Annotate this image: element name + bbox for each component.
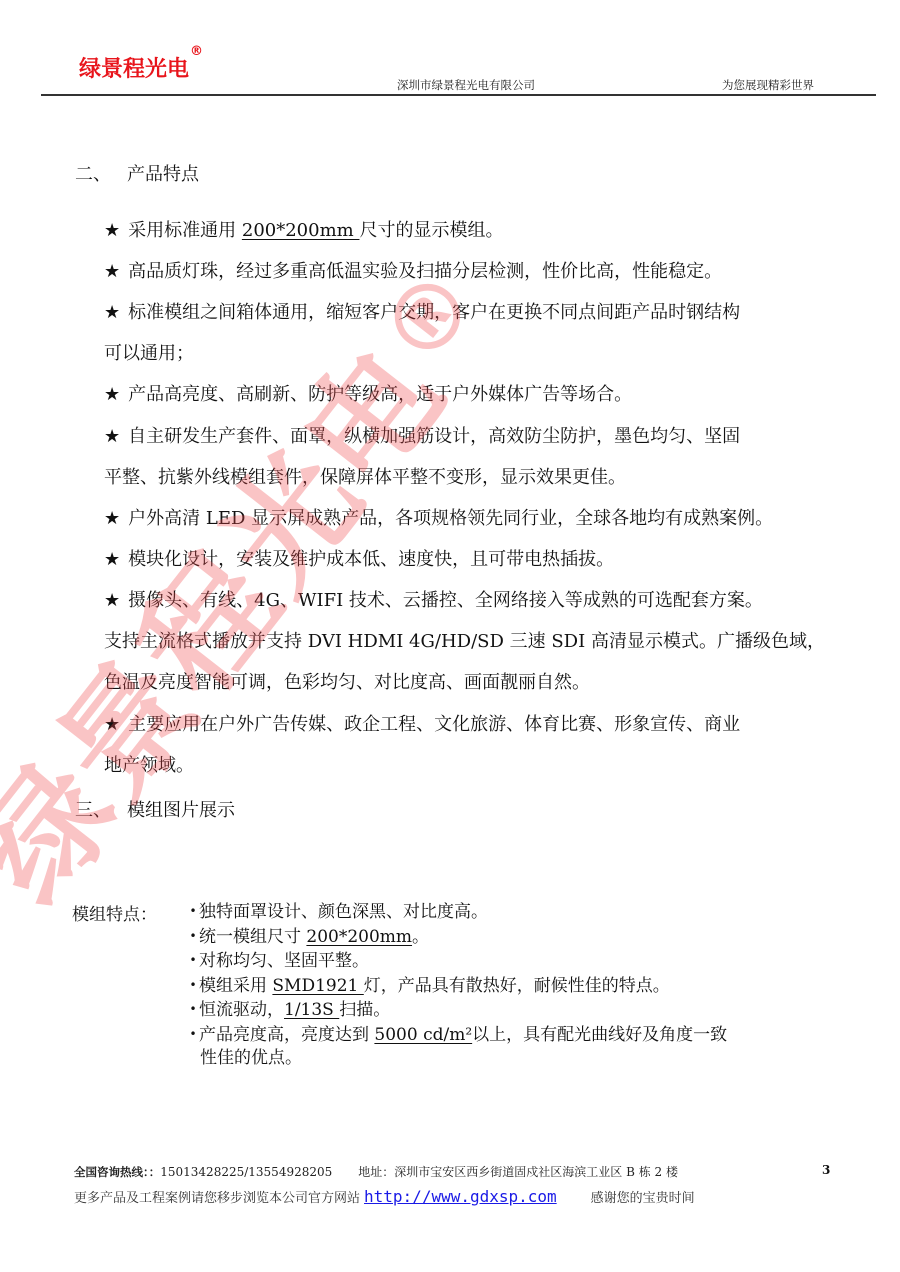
- module-feature-text: 恒流驱动，: [199, 1000, 284, 1020]
- star-icon: ★: [104, 426, 120, 447]
- feature-text: 产品高亮度、高刷新、防护等级高，适于户外媒体广告等场合。: [128, 384, 632, 405]
- feature-item: ★主要应用在户外广告传媒、政企工程、文化旅游、体育比赛、形象宣传、商业: [104, 704, 740, 745]
- module-feature-item: •模组采用 SMD1921 灯，产品具有散热好，耐候性佳的特点。: [187, 974, 727, 999]
- module-feature-text: 独特面罩设计、颜色深黑、对比度高。: [199, 902, 488, 922]
- module-feature-item: •独特面罩设计、颜色深黑、对比度高。: [187, 900, 727, 925]
- module-feature-text: 统一模组尺寸: [199, 927, 306, 947]
- feature-item-continuation: 可以通用；: [104, 333, 194, 374]
- feature-item: ★模块化设计，安装及维护成本低、速度快，且可带电热插拔。: [104, 539, 614, 580]
- feature-text: 自主研发生产套件、面罩，纵横加强筋设计，高效防尘防护，墨色均匀、坚固: [128, 426, 740, 447]
- feature-text: 采用标准通用: [128, 220, 242, 241]
- module-feature-text: 。: [412, 927, 429, 947]
- feature-item: ★采用标准通用 200*200mm 尺寸的显示模组。: [104, 210, 503, 251]
- feature-text: 尺寸的显示模组。: [359, 220, 503, 241]
- website-link[interactable]: http://www.gdxsp.com: [364, 1187, 557, 1206]
- registered-mark-icon: ®: [190, 44, 203, 59]
- module-feature-continuation: 性佳的优点。: [187, 1047, 727, 1071]
- star-icon: ★: [104, 508, 120, 529]
- bullet-icon: •: [187, 949, 199, 973]
- feature-underlined-text: 200*200mm: [242, 220, 360, 241]
- star-icon: ★: [104, 384, 120, 405]
- feature-item-continuation: 地产领域。: [104, 745, 194, 786]
- feature-item-continuation: 平整、抗紫外线模组套件，保障屏体平整不变形，显示效果更佳。: [104, 457, 626, 498]
- header-company-name: 深圳市绿景程光电有限公司: [397, 77, 535, 93]
- feature-text: 摄像头、有线、4G、WIFI 技术、云播控、全网络接入等成熟的可选配套方案。: [128, 590, 763, 611]
- module-feature-item: •产品亮度高，亮度达到 5000 cd/m²以上，具有配光曲线好及角度一致: [187, 1023, 727, 1048]
- bullet-icon: •: [187, 925, 199, 949]
- star-icon: ★: [104, 261, 120, 282]
- star-icon: ★: [104, 302, 120, 323]
- star-icon: ★: [104, 220, 120, 241]
- star-icon: ★: [104, 549, 120, 570]
- feature-text: 高品质灯珠，经过多重高低温实验及扫描分层检测，性价比高，性能稳定。: [128, 261, 722, 282]
- section-title-text: 产品特点: [127, 164, 199, 185]
- module-features-list: •独特面罩设计、颜色深黑、对比度高。 •统一模组尺寸 200*200mm。 •对…: [187, 900, 727, 1071]
- feature-text: 主要应用在户外广告传媒、政企工程、文化旅游、体育比赛、形象宣传、商业: [128, 714, 740, 735]
- section-title-features: 二、产品特点: [75, 160, 199, 186]
- section-number: 三、: [75, 796, 127, 822]
- feature-text: 标准模组之间箱体通用，缩短客户交期，客户在更换不同点间距产品时钢结构: [128, 302, 740, 323]
- footer-contact-line: 全国咨询热线：：15013428225/13554928205地址：深圳市宝安区…: [74, 1163, 678, 1180]
- footer-more-text: 更多产品及工程案例请您移步浏览本公司官方网站: [74, 1191, 360, 1206]
- module-feature-underlined-text: 200*200mm: [306, 927, 412, 947]
- hotline-number: 15013428225/13554928205: [160, 1165, 332, 1179]
- module-feature-text: 灯，产品具有散热好，耐候性佳的特点。: [364, 976, 670, 996]
- module-feature-item: •恒流驱动，1/13S 扫描。: [187, 998, 727, 1023]
- footer-thanks: 感谢您的宝贵时间: [591, 1191, 695, 1206]
- module-feature-text: 模组采用: [199, 976, 272, 996]
- section-title-gallery: 三、模组图片展示: [75, 796, 235, 822]
- module-feature-text: 对称均匀、坚固平整。: [199, 951, 369, 971]
- module-feature-text: 产品亮度高，亮度达到: [199, 1025, 374, 1045]
- module-features-label: 模组特点：: [72, 900, 157, 925]
- header-divider: [41, 94, 876, 96]
- feature-item: ★户外高清 LED 显示屏成熟产品，各项规格领先同行业，全球各地均有成熟案例。: [104, 498, 773, 539]
- module-feature-text: 扫描。: [339, 1000, 390, 1020]
- feature-text: 户外高清 LED 显示屏成熟产品，各项规格领先同行业，全球各地均有成熟案例。: [128, 508, 773, 529]
- module-feature-underlined-text: SMD1921: [272, 976, 363, 996]
- footer-address: 地址：深圳市宝安区西乡街道固戍社区海滨工业区 B 栋 2 楼: [358, 1165, 678, 1179]
- module-feature-underlined-text: 1/13S: [284, 1000, 339, 1020]
- feature-item: ★高品质灯珠，经过多重高低温实验及扫描分层检测，性价比高，性能稳定。: [104, 251, 722, 292]
- bullet-icon: •: [187, 998, 199, 1022]
- feature-item: ★产品高亮度、高刷新、防护等级高，适于户外媒体广告等场合。: [104, 374, 632, 415]
- module-feature-text: 以上，具有配光曲线好及角度一致: [472, 1025, 727, 1045]
- module-feature-underlined-text: 5000 cd/m²: [374, 1025, 472, 1045]
- document-page: 绿景程光电® 深圳市绿景程光电有限公司 为您展现精彩世界 二、产品特点 ★采用标…: [0, 0, 900, 1272]
- feature-item: ★自主研发生产套件、面罩，纵横加强筋设计，高效防尘防护，墨色均匀、坚固: [104, 416, 740, 457]
- brand-logo: 绿景程光电®: [79, 52, 189, 83]
- logo-text: 绿景程光电: [79, 57, 189, 82]
- hotline-label: 全国咨询热线：：: [74, 1165, 160, 1179]
- bullet-icon: •: [187, 900, 199, 924]
- module-feature-item: •统一模组尺寸 200*200mm。: [187, 925, 727, 950]
- module-feature-item: •对称均匀、坚固平整。: [187, 949, 727, 974]
- feature-item: ★标准模组之间箱体通用，缩短客户交期，客户在更换不同点间距产品时钢结构: [104, 292, 740, 333]
- section-title-text: 模组图片展示: [127, 800, 235, 821]
- feature-item-continuation: 支持主流格式播放并支持 DVI HDMI 4G/HD/SD 三速 SDI 高清显…: [104, 621, 825, 662]
- section-number: 二、: [75, 160, 127, 186]
- footer-website-line: 更多产品及工程案例请您移步浏览本公司官方网站http://www.gdxsp.c…: [74, 1187, 695, 1206]
- feature-item-continuation: 色温及亮度智能可调，色彩均匀、对比度高、画面靓丽自然。: [104, 662, 590, 703]
- feature-text: 模块化设计，安装及维护成本低、速度快，且可带电热插拔。: [128, 549, 614, 570]
- page-number: 3: [822, 1163, 830, 1177]
- bullet-icon: •: [187, 974, 199, 998]
- feature-item: ★摄像头、有线、4G、WIFI 技术、云播控、全网络接入等成熟的可选配套方案。: [104, 580, 763, 621]
- bullet-icon: •: [187, 1023, 199, 1047]
- star-icon: ★: [104, 714, 120, 735]
- header-slogan: 为您展现精彩世界: [722, 77, 814, 93]
- star-icon: ★: [104, 590, 120, 611]
